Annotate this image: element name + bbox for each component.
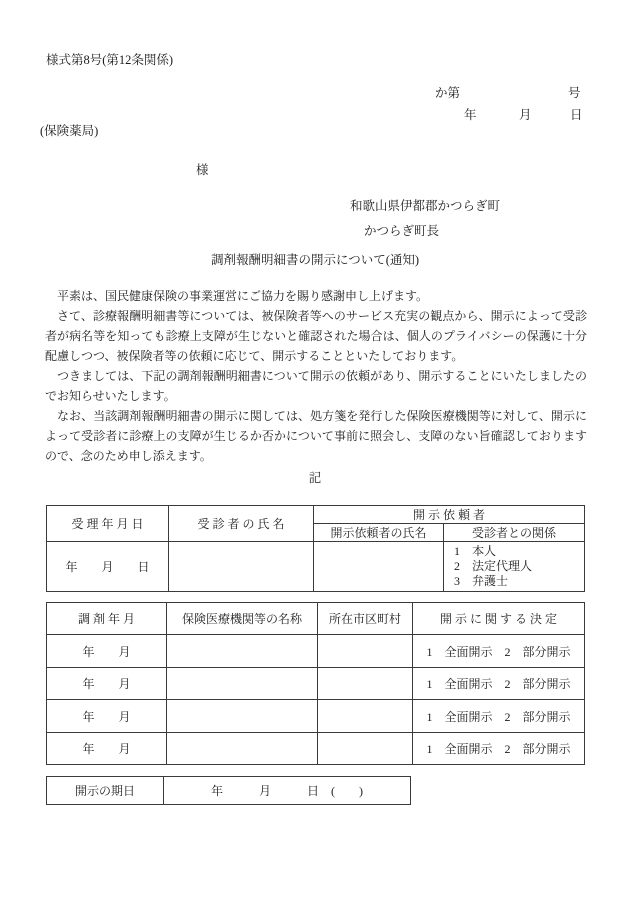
doc-number-prefix: か第 xyxy=(435,83,460,101)
disclosure-date-table: 開示の期日 年 月 日 ( ) xyxy=(46,776,411,805)
relation-option-lawyer: 3 弁護士 xyxy=(454,574,580,589)
request-table: 受 理 年 月 日 受 診 者 の 氏 名 開 示 依 頼 者 開示依頼者の氏名… xyxy=(46,505,585,592)
header-receipt-date: 受 理 年 月 日 xyxy=(47,506,169,542)
cell-location-blank xyxy=(318,668,413,700)
header-decision: 開 示 に 関 す る 決 定 xyxy=(413,603,585,635)
cell-month: 年 月 xyxy=(47,700,167,733)
relation-option-self: 1 本人 xyxy=(454,544,580,559)
cell-decision: 1 全面開示 2 部分開示 xyxy=(413,668,585,700)
cell-relation-options: 1 本人 2 法定代理人 3 弁護士 xyxy=(444,542,585,592)
cell-location-blank xyxy=(318,733,413,765)
cell-institution-blank xyxy=(167,700,318,733)
recipient-type: (保険薬局) xyxy=(40,121,98,139)
header-patient-name: 受 診 者 の 氏 名 xyxy=(169,506,314,542)
header-location: 所在市区町村 xyxy=(318,603,413,635)
header-relation: 受診者との関係 xyxy=(444,524,585,542)
cell-month: 年 月 xyxy=(47,668,167,700)
disclosure-date-label: 開示の期日 xyxy=(47,777,164,805)
cell-institution-blank xyxy=(167,635,318,668)
cell-decision: 1 全面開示 2 部分開示 xyxy=(413,700,585,733)
document-title: 調剤報酬明細書の開示について(通知) xyxy=(0,250,630,268)
table-row: 年 月 1 全面開示 2 部分開示 xyxy=(47,733,585,765)
cell-requester-name-blank xyxy=(314,542,444,592)
cell-institution-blank xyxy=(167,733,318,765)
doc-number-suffix: 号 xyxy=(568,83,581,101)
paragraph-notice: つきましては、下記の調剤報酬明細書について開示の依頼があり、開示することにいたし… xyxy=(45,366,587,406)
dispensing-table: 調 剤 年 月 保険医療機関等の名称 所在市区町村 開 示 に 関 す る 決 … xyxy=(46,602,585,765)
table-row: 年 月 1 全面開示 2 部分開示 xyxy=(47,635,585,668)
paragraph-confirmation: なお、当該調剤報酬明細書の開示に関しては、処方箋を発行した保険医療機関等に対して… xyxy=(45,406,587,466)
ki-marker: 記 xyxy=(0,468,630,486)
table-row: 年 月 1 全面開示 2 部分開示 xyxy=(47,668,585,700)
header-dispensing-month: 調 剤 年 月 xyxy=(47,603,167,635)
cell-patient-name-blank xyxy=(169,542,314,592)
document-page: 様式第8号(第12条関係) か第 号 年 月 日 (保険薬局) 様 和歌山県伊都… xyxy=(0,0,630,903)
date-month-label: 月 xyxy=(519,105,532,123)
header-requester-group: 開 示 依 頼 者 xyxy=(314,506,585,524)
paragraph-greeting: 平素は、国民健康保険の事業運営にご協力を賜り感謝申し上げます。 xyxy=(45,286,587,306)
relation-option-legal-rep: 2 法定代理人 xyxy=(454,559,580,574)
table-row: 年 月 1 全面開示 2 部分開示 xyxy=(47,700,585,733)
cell-institution-blank xyxy=(167,668,318,700)
sender-address: 和歌山県伊都郡かつらぎ町 xyxy=(350,196,500,214)
form-number: 様式第8号(第12条関係) xyxy=(46,50,173,68)
body-paragraphs: 平素は、国民健康保険の事業運営にご協力を賜り感謝申し上げます。 さて、診療報酬明… xyxy=(45,286,587,466)
cell-location-blank xyxy=(318,700,413,733)
cell-month: 年 月 xyxy=(47,733,167,765)
cell-decision: 1 全面開示 2 部分開示 xyxy=(413,635,585,668)
paragraph-policy: さて、診療報酬明細書等については、被保険者等へのサービス充実の観点から、開示によ… xyxy=(45,306,587,366)
date-year-label: 年 xyxy=(464,105,477,123)
recipient-honorific: 様 xyxy=(196,160,209,178)
sender-title: かつらぎ町長 xyxy=(364,221,439,239)
header-requester-name: 開示依頼者の氏名 xyxy=(314,524,444,542)
cell-location-blank xyxy=(318,635,413,668)
disclosure-date-value: 年 月 日 ( ) xyxy=(164,777,411,805)
cell-month: 年 月 xyxy=(47,635,167,668)
header-institution: 保険医療機関等の名称 xyxy=(167,603,318,635)
cell-decision: 1 全面開示 2 部分開示 xyxy=(413,733,585,765)
date-day-label: 日 xyxy=(570,105,583,123)
cell-receipt-date: 年 月 日 xyxy=(47,542,169,592)
